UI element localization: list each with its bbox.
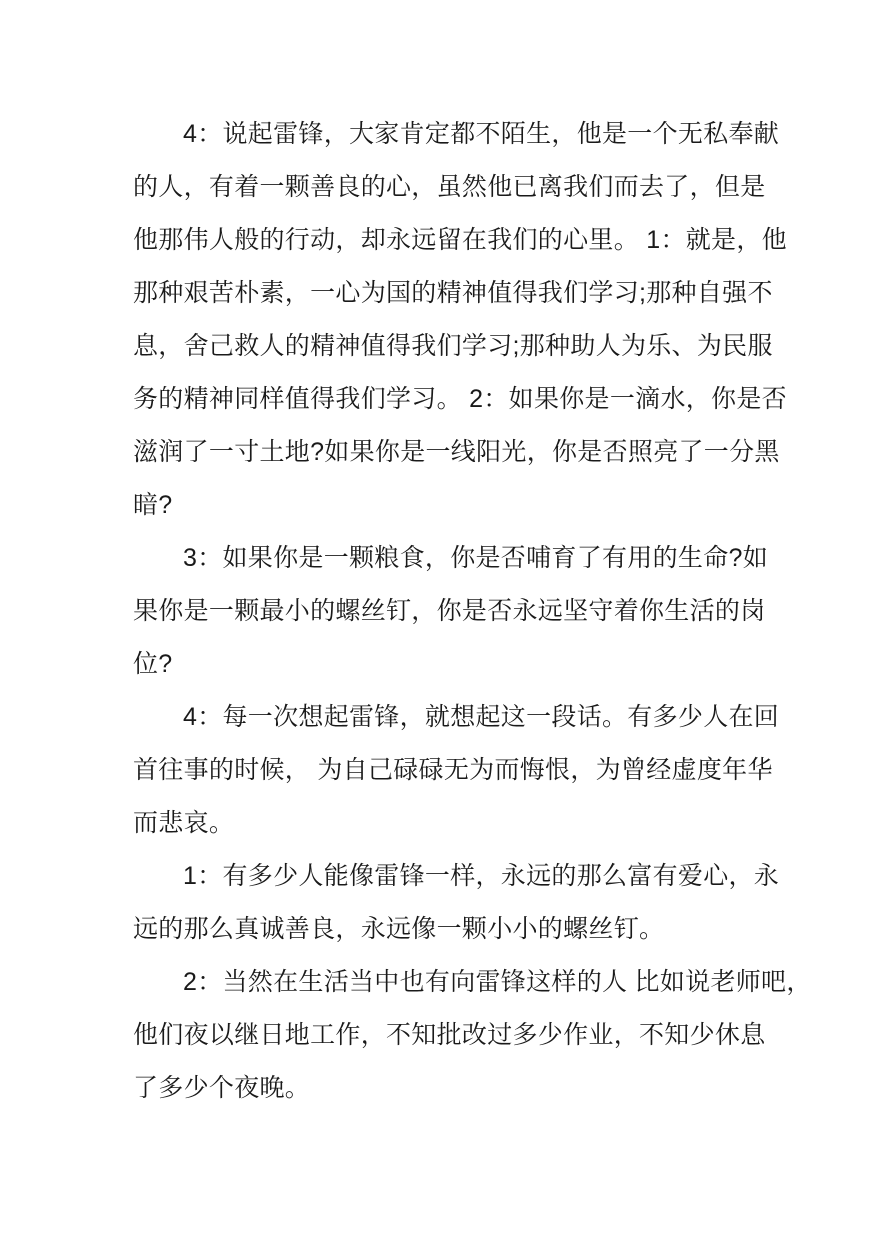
text-line: 4：说起雷锋，大家肯定都不陌生，他是一个无私奉献	[133, 108, 767, 161]
text-line: 他那伟人般的行动，却永远留在我们的心里。 1：就是，他	[133, 214, 767, 267]
paragraph: 4：说起雷锋，大家肯定都不陌生，他是一个无私奉献的人，有着一颗善良的心，虽然他已…	[133, 108, 767, 532]
paragraph: 1：有多少人能像雷锋一样，永远的那么富有爱心，永远的那么真诚善良，永远像一颗小小…	[133, 850, 767, 956]
document-text: 4：说起雷锋，大家肯定都不陌生，他是一个无私奉献的人，有着一颗善良的心，虽然他已…	[133, 108, 767, 1115]
paragraph: 4：每一次想起雷锋，就想起这一段话。有多少人在回首往事的时候， 为自己碌碌无为而…	[133, 691, 767, 850]
text-line: 息，舍己救人的精神值得我们学习;那种助人为乐、为民服	[133, 320, 767, 373]
text-line: 远的那么真诚善良，永远像一颗小小的螺丝钉。	[133, 903, 767, 956]
text-line: 了多少个夜晚。	[133, 1062, 767, 1115]
paragraph: 3：如果你是一颗粮食，你是否哺育了有用的生命?如果你是一颗最小的螺丝钉，你是否永…	[133, 532, 767, 691]
text-line: 暗?	[133, 479, 767, 532]
text-line: 而悲哀。	[133, 797, 767, 850]
paragraph: 2：当然在生活当中也有向雷锋这样的人 比如说老师吧，他们夜以继日地工作，不知批改…	[133, 956, 767, 1115]
text-line: 4：每一次想起雷锋，就想起这一段话。有多少人在回	[133, 691, 767, 744]
text-line: 的人，有着一颗善良的心，虽然他已离我们而去了，但是	[133, 161, 767, 214]
text-line: 务的精神同样值得我们学习。 2：如果你是一滴水，你是否	[133, 373, 767, 426]
text-line: 果你是一颗最小的螺丝钉，你是否永远坚守着你生活的岗	[133, 585, 767, 638]
text-line: 2：当然在生活当中也有向雷锋这样的人 比如说老师吧，	[133, 956, 767, 1009]
document-page: 4：说起雷锋，大家肯定都不陌生，他是一个无私奉献的人，有着一颗善良的心，虽然他已…	[0, 0, 884, 1250]
text-line: 位?	[133, 638, 767, 691]
text-line: 滋润了一寸土地?如果你是一线阳光，你是否照亮了一分黑	[133, 426, 767, 479]
text-line: 3：如果你是一颗粮食，你是否哺育了有用的生命?如	[133, 532, 767, 585]
text-line: 他们夜以继日地工作，不知批改过多少作业，不知少休息	[133, 1009, 767, 1062]
text-line: 那种艰苦朴素，一心为国的精神值得我们学习;那种自强不	[133, 267, 767, 320]
text-line: 1：有多少人能像雷锋一样，永远的那么富有爱心，永	[133, 850, 767, 903]
text-line: 首往事的时候， 为自己碌碌无为而悔恨，为曾经虚度年华	[133, 744, 767, 797]
